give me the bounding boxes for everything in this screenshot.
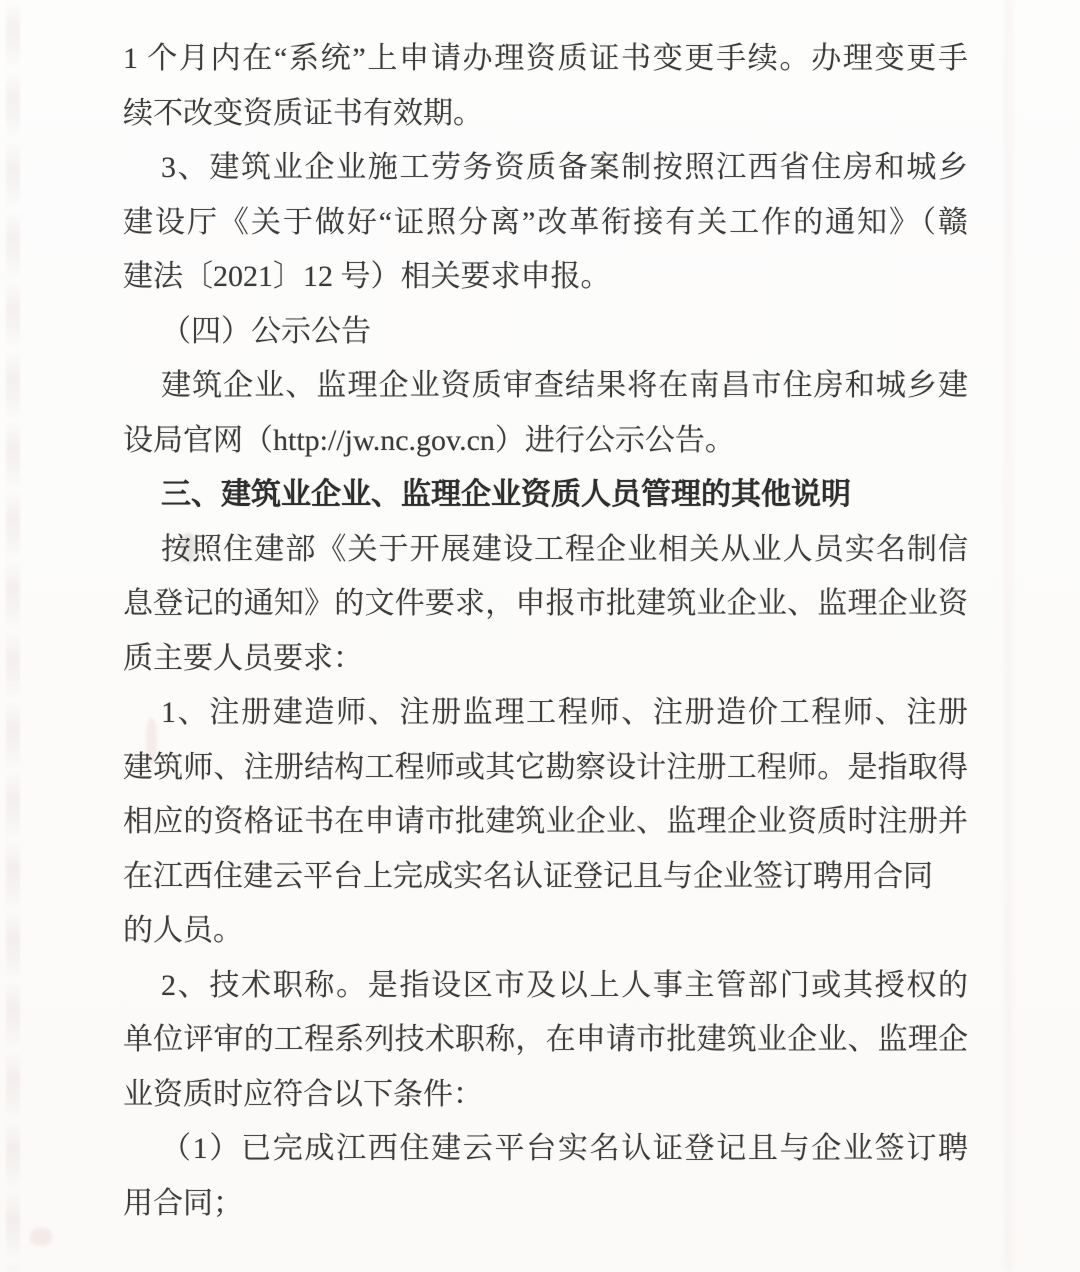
- text-line: 按照住建部《关于开展建设工程企业相关从业人员实名制信: [123, 523, 968, 578]
- text-line: 质主要人员要求：: [123, 632, 968, 687]
- text-line: 息登记的通知》的文件要求，申报市批建筑业企业、监理企业资: [123, 577, 968, 632]
- text-line: 的人员。: [123, 904, 968, 959]
- document-page: 1 个月内在“系统”上申请办理资质证书变更手续。办理变更手续不改变资质证书有效期…: [0, 0, 1080, 1272]
- text-line: 1 个月内在“系统”上申请办理资质证书变更手续。办理变更手: [123, 32, 968, 87]
- text-line: 用合同；: [123, 1177, 968, 1232]
- text-line: 在江西住建云平台上完成实名认证登记且与企业签订聘用合同: [123, 850, 968, 905]
- text-line: 1、注册建造师、注册监理工程师、注册造价工程师、注册: [123, 686, 968, 741]
- text-line: 3、建筑业企业施工劳务资质备案制按照江西省住房和城乡: [123, 141, 968, 196]
- text-line: 建筑师、注册结构工程师或其它勘察设计注册工程师。是指取得: [123, 741, 968, 796]
- text-line: （1）已完成江西住建云平台实名认证登记且与企业签订聘: [123, 1122, 968, 1177]
- text-line: 建法〔2021〕12 号）相关要求申报。: [123, 250, 968, 305]
- text-line: 建筑企业、监理企业资质审查结果将在南昌市住房和城乡建: [123, 359, 968, 414]
- text-line: （四）公示公告: [123, 305, 968, 360]
- text-line: 相应的资格证书在申请市批建筑业企业、监理企业资质时注册并: [123, 795, 968, 850]
- text-line: 建设厅《关于做好“证照分离”改革衔接有关工作的通知》（赣: [123, 196, 968, 251]
- left-edge-scan-streak: [6, 0, 20, 1272]
- text-line: 2、技术职称。是指设区市及以上人事主管部门或其授权的: [123, 959, 968, 1014]
- text-line: 续不改变资质证书有效期。: [123, 87, 968, 142]
- right-edge-scan-streak: [1004, 0, 1013, 1272]
- text-line: 设局官网（http://jw.nc.gov.cn）进行公示公告。: [123, 414, 968, 469]
- text-line: 业资质时应符合以下条件：: [123, 1068, 968, 1123]
- heading-line: 三、建筑业企业、监理企业资质人员管理的其他说明: [123, 468, 968, 523]
- pink-scan-smudge: [30, 1228, 52, 1246]
- document-text: 1 个月内在“系统”上申请办理资质证书变更手续。办理变更手续不改变资质证书有效期…: [123, 32, 968, 1231]
- text-line: 单位评审的工程系列技术职称，在申请市批建筑业企业、监理企: [123, 1013, 968, 1068]
